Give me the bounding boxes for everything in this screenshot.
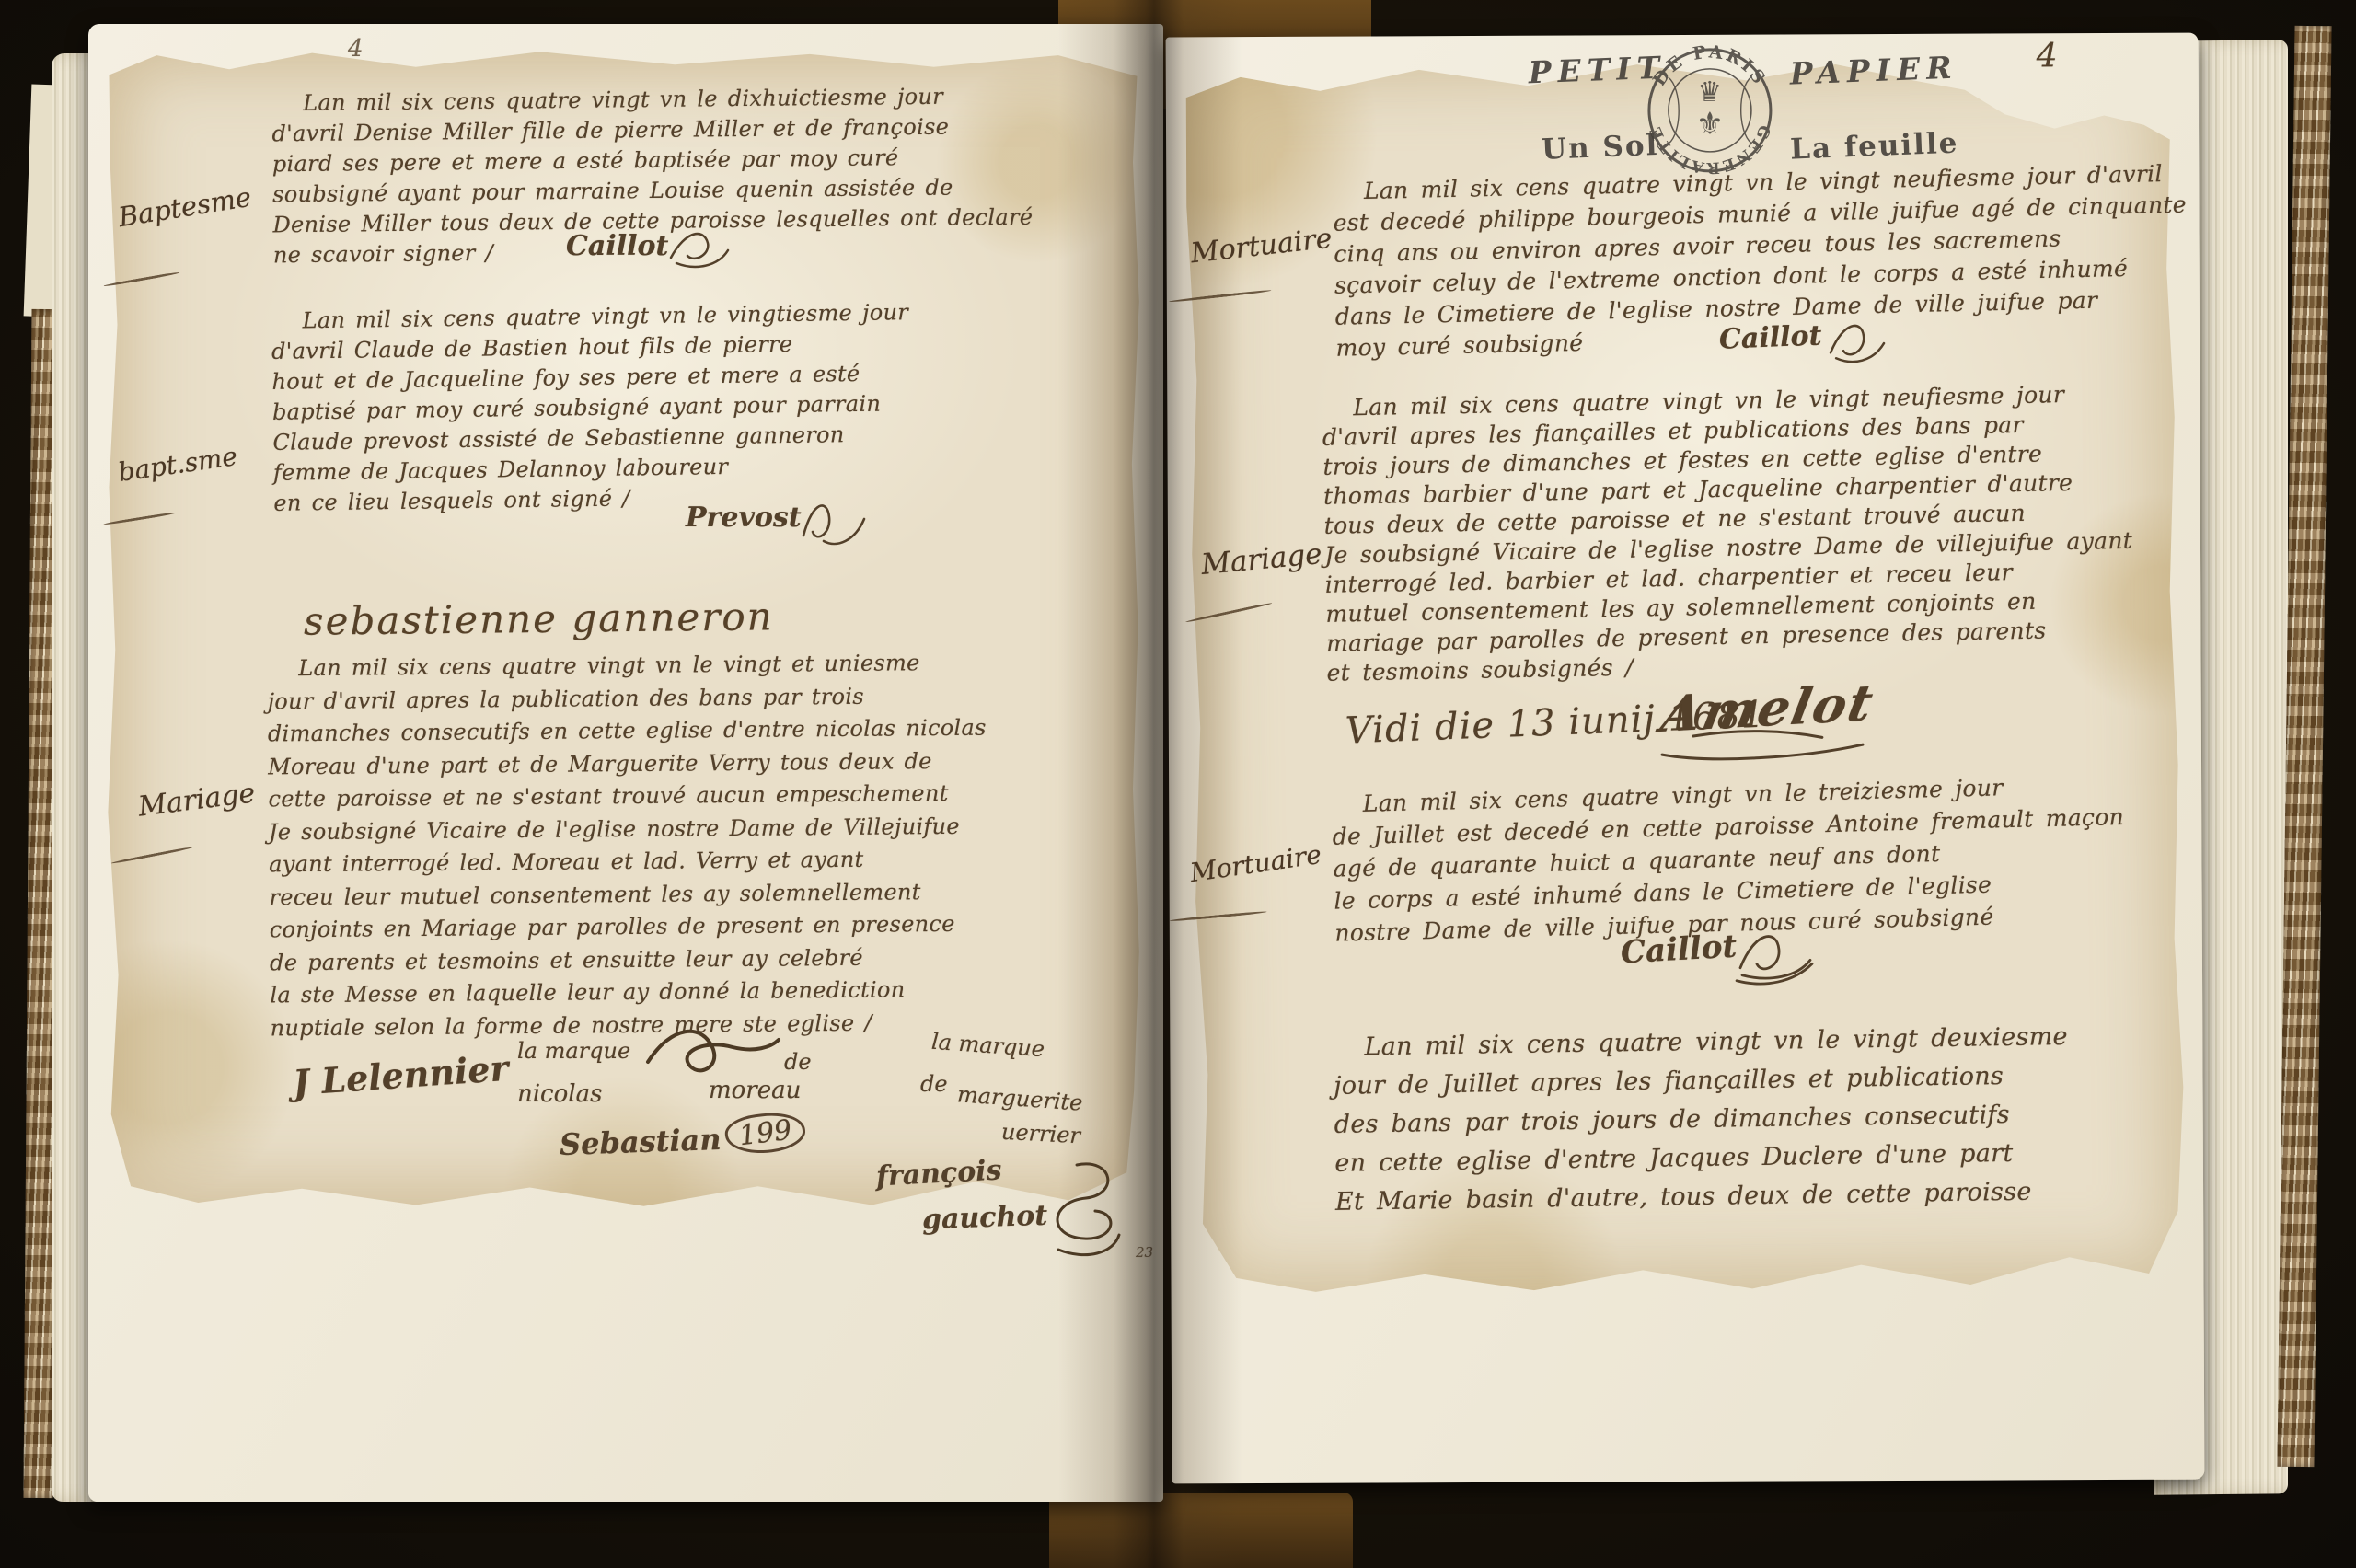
betrothal-entry: Lan mil six cens quatre vingt vn le ving… xyxy=(1333,1018,2070,1222)
left-album-page: 4 Baptesme bapt.sme Mariage Lan mil six … xyxy=(88,24,1163,1502)
curate-signature-caillot: Caillot xyxy=(566,230,668,262)
tax-stamp-unit: La feuille xyxy=(1789,127,1959,167)
manuscript-line: Lan mil six cens quatre vingt vn le ving… xyxy=(267,647,986,686)
leaf-folio-number: 23 xyxy=(1136,1244,1153,1261)
marriage-entry-right: Lan mil six cens quatre vingt vn le ving… xyxy=(1322,379,2135,688)
manuscript-line: conjoints en Mariage par parolles de pre… xyxy=(270,908,988,947)
curate-signature-caillot: Caillot xyxy=(1718,319,1822,355)
mark-caption: de xyxy=(784,1049,812,1075)
moreau-handmade-mark xyxy=(644,1023,782,1077)
mark-name: nicolas xyxy=(517,1080,602,1108)
signature-paraph-flourish xyxy=(1825,316,1889,365)
manuscript-line: la ste Messe en laquelle leur ay donné l… xyxy=(270,974,988,1012)
crown-icon: ♛ xyxy=(1697,77,1722,108)
mark-name: uerrier xyxy=(1000,1119,1080,1148)
witness-signature-sebastian: Sebastian xyxy=(559,1122,722,1162)
witness-signature-gauchot: gauchot xyxy=(921,1200,1047,1237)
signature-paraph-flourish xyxy=(667,223,733,271)
right-album-page: PETIT DE PARIS GENERALITE ♛ ⚜ PAPIER Un … xyxy=(1166,33,2205,1484)
heading-sebastienne-ganneron: sebastienne ganneron xyxy=(304,594,774,643)
manuscript-line: Je soubsigné Vicaire de l'eglise nostre … xyxy=(269,810,987,848)
manuscript-line: dimanches consecutifs en cette eglise d'… xyxy=(268,712,987,751)
baptism-entry-2: Lan mil six cens quatre vingt vn le ving… xyxy=(271,297,911,519)
witness-signature-francois: françois xyxy=(875,1154,1002,1193)
signature-paraph-flourish xyxy=(1733,923,1816,987)
tax-stamp-word-papier: PAPIER xyxy=(1789,50,1958,92)
fleur-de-lis-icon: ⚜ xyxy=(1696,108,1725,142)
godfather-signature-prevost: Prevost xyxy=(686,502,802,534)
gauchot-paraph-scribble xyxy=(1031,1158,1126,1261)
manuscript-line: cette paroisse et ne s'estant trouvé auc… xyxy=(268,778,987,816)
curate-signature-caillot: Caillot xyxy=(1620,928,1738,971)
left-corner-mark: 4 xyxy=(348,35,364,63)
marriage-entry: Lan mil six cens quatre vingt vn le ving… xyxy=(267,647,988,1045)
burial-entry-2: Lan mil six cens quatre vingt vn le trei… xyxy=(1331,768,2127,950)
mark-name: moreau xyxy=(709,1077,801,1104)
signature-paraph-flourish xyxy=(796,495,870,550)
tax-stamp-price: Un Sol xyxy=(1541,129,1659,167)
mark-caption: la marque xyxy=(517,1038,630,1064)
visa-signature-underline-flourish xyxy=(1657,726,1868,767)
spine-leather-bottom xyxy=(1049,1493,1353,1568)
mark-caption: de xyxy=(920,1071,948,1097)
page-number: 4 xyxy=(2037,37,2058,75)
photographed-register-spread: 4 Baptesme bapt.sme Mariage Lan mil six … xyxy=(0,0,2356,1568)
generalite-de-paris-seal: DE PARIS GENERALITE ♛ ⚜ xyxy=(1641,40,1780,181)
